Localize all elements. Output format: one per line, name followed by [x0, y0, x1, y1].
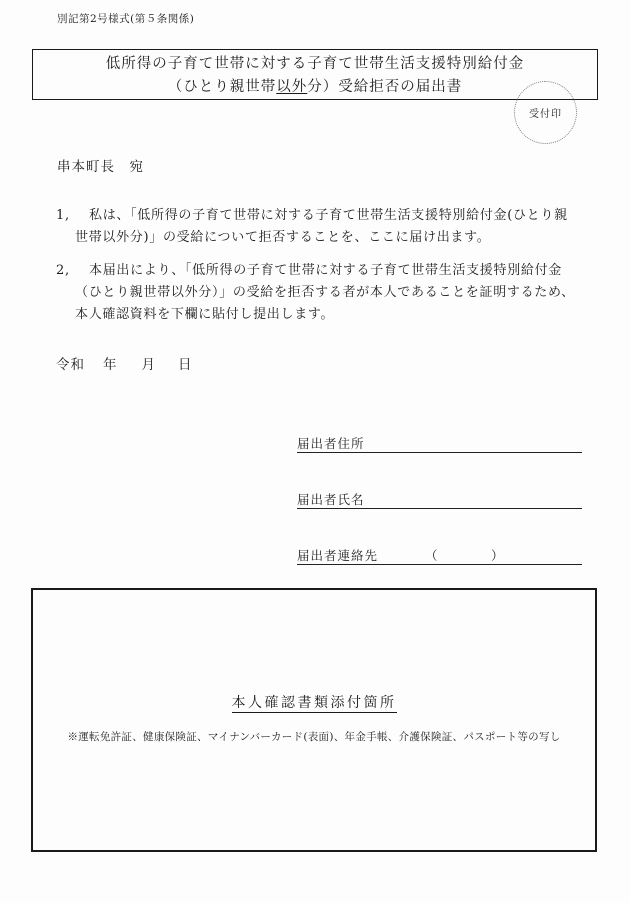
applicant-address-field: 届出者住所	[297, 434, 582, 453]
declaration-item-1: 1, 私は、「低所得の子育て世帯に対する子育て世帯生活支援特別給付金(ひとり親 …	[56, 205, 596, 249]
receipt-stamp-label: 受付印	[529, 105, 562, 120]
item-1-line-1: 私は、「低所得の子育て世帯に対する子育て世帯生活支援特別給付金(ひとり親	[75, 205, 596, 227]
id-attachment-box: 本人確認書類添付箇所 ※運転免許証、健康保険証、マイナンバーカード(表面)、年金…	[31, 588, 597, 852]
date-day-label: 日	[178, 357, 193, 373]
declaration-items: 1, 私は、「低所得の子育て世帯に対する子育て世帯生活支援特別給付金(ひとり親 …	[56, 205, 596, 337]
item-1-number: 1,	[56, 205, 70, 227]
item-2-number: 2,	[56, 260, 70, 282]
date-era-label: 令和	[56, 357, 85, 373]
date-line: 令和年月日	[56, 353, 193, 373]
item-1-line-2: 世帯以外分)」の受給について拒否することを、ここに届け出ます。	[75, 227, 596, 249]
id-attachment-note: ※運転免許証、健康保険証、マイナンバーカード(表面)、年金手帳、介護保険証、パス…	[33, 729, 595, 744]
form-title-line2: （ひとり親世帯以外分）受給拒否の届出書	[33, 76, 597, 99]
applicant-name-field: 届出者氏名	[297, 490, 582, 509]
applicant-address-label: 届出者住所	[297, 436, 365, 451]
applicant-contact-label: 届出者連絡先	[297, 548, 378, 563]
form-document-page: 別記第2号様式(第５条関係) 低所得の子育て世帯に対する子育て世帯生活支援特別給…	[0, 0, 630, 903]
date-month-label: 月	[142, 357, 157, 373]
id-attachment-heading: 本人確認書類添付箇所	[33, 692, 595, 712]
receipt-stamp-circle: 受付印	[514, 81, 577, 144]
item-2-line-2: （ひとり親世帯以外分）」の受給を拒否する者が本人であることを証明するため、	[75, 282, 596, 304]
date-year-label: 年	[103, 357, 118, 373]
form-title-box: 低所得の子育て世帯に対する子育て世帯生活支援特別給付金 （ひとり親世帯以外分）受…	[32, 49, 598, 100]
item-2-line-3: 本人確認資料を下欄に貼付し提出します。	[75, 304, 596, 326]
contact-paren-open: （	[425, 546, 439, 564]
item-2-line-1: 本届出により、「低所得の子育て世帯に対する子育て世帯生活支援特別給付金	[75, 260, 596, 282]
contact-paren-close: ）	[491, 546, 505, 564]
applicant-contact-field: 届出者連絡先 （ ）	[297, 546, 582, 565]
form-title-line1: 低所得の子育て世帯に対する子育て世帯生活支援特別給付金	[33, 53, 597, 76]
title-underlined-word: 以外	[276, 79, 307, 95]
declaration-item-2: 2, 本届出により、「低所得の子育て世帯に対する子育て世帯生活支援特別給付金 （…	[56, 260, 596, 326]
applicant-name-label: 届出者氏名	[297, 492, 365, 507]
addressee-line: 串本町長 宛	[57, 155, 144, 175]
form-code-label: 別記第2号様式(第５条関係)	[57, 11, 194, 26]
